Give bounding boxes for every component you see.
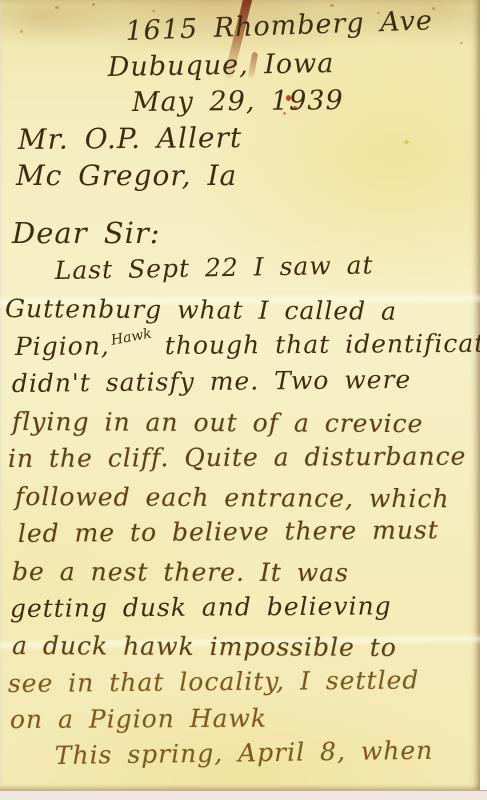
body-line: This spring, April 8, when: [55, 736, 434, 770]
letter-date: May 29, 1939: [132, 85, 344, 118]
body-line-pre: Pigion,: [15, 331, 110, 361]
salutation: Dear Sir:: [12, 216, 161, 250]
scanned-letter-page: { "colors": { "scan_background": "#fffff…: [0, 0, 487, 800]
foxing-speck: [330, 4, 334, 7]
letter-paper: 1615 Rhomberg Ave Dubuque, Iowa May 29, …: [0, 0, 480, 790]
body-line-with-insertion: Pigion,Hawk though that identification: [15, 328, 480, 361]
foxing-speck: [404, 140, 409, 144]
body-line: Last Sept 22 I saw at: [54, 250, 373, 285]
foxing-speck: [460, 42, 463, 44]
body-line: led me to believe there must: [18, 515, 439, 548]
body-line: be a nest there. It was: [12, 557, 349, 587]
body-line: flying in an out of a crevice: [12, 407, 423, 438]
body-line: see in that locality, I settled: [8, 665, 420, 698]
body-line: on a Pigion Hawk: [10, 704, 267, 734]
body-line: followed each entrance, which: [15, 482, 450, 513]
scan-bottom-edge: [0, 790, 487, 800]
foxing-speck: [152, 10, 155, 12]
body-line: in the cliff. Quite a disturbance: [8, 442, 467, 473]
recipient-line-1: Mr. O.P. Allert: [18, 121, 243, 156]
foxing-speck: [92, 3, 95, 6]
body-line: a duck hawk impossible to: [12, 631, 397, 662]
foxing-speck: [55, 6, 59, 9]
body-line: getting dusk and believing: [10, 591, 392, 623]
recipient-line-2: Mc Gregor, Ia: [16, 159, 237, 192]
body-line: didn't satisfy me. Two were: [12, 365, 412, 398]
foxing-speck: [20, 30, 23, 33]
sender-address-line-1: 1615 Rhomberg Ave: [125, 5, 433, 47]
body-line-post: though that identification: [150, 328, 480, 360]
inserted-word-superscript: Hawk: [110, 326, 153, 349]
sender-address-line-2: Dubuque, Iowa: [107, 48, 334, 83]
body-line: Guttenburg what I called a: [5, 294, 397, 326]
